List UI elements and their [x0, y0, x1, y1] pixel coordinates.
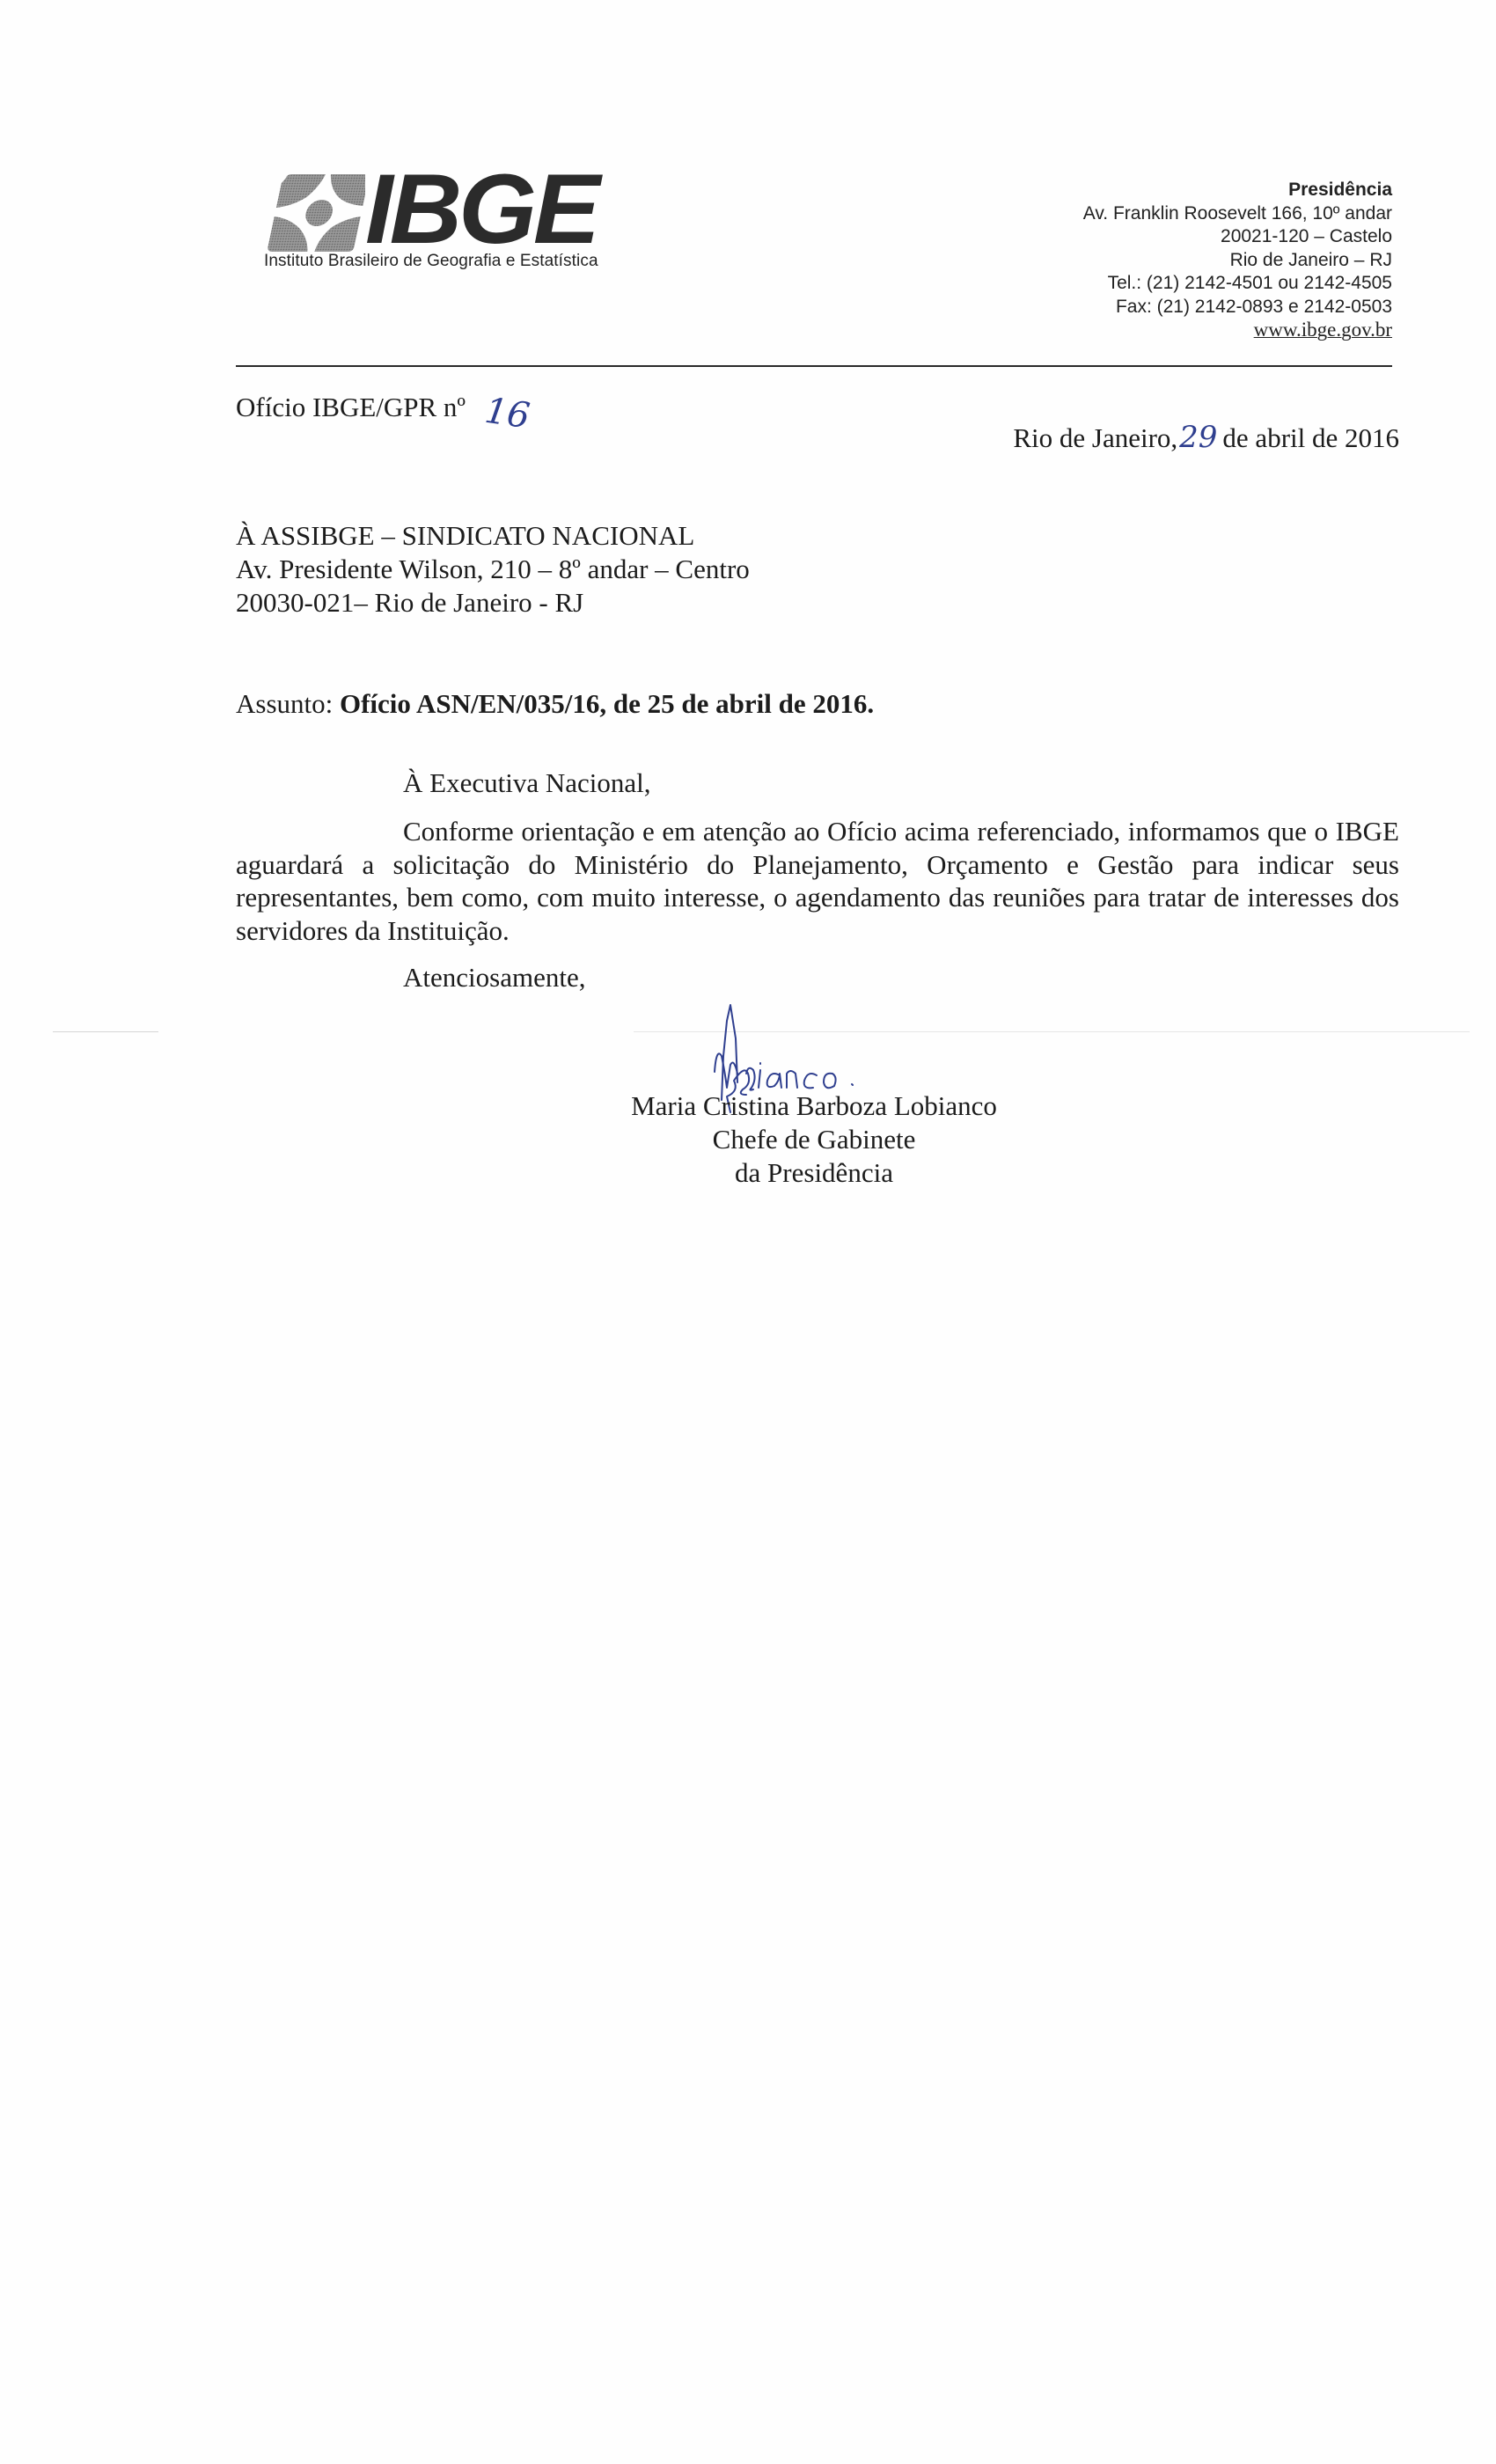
closing: Atenciosamente, [403, 964, 585, 991]
sender-address-block: Presidência Av. Franklin Roosevelt 166, … [1083, 179, 1392, 342]
fax-line: Fax: (21) 2142-0893 e 2142-0503 [1083, 296, 1392, 319]
document-reference: Ofício IBGE/GPR nº 16 [236, 387, 530, 422]
date-city: Rio de Janeiro, [1013, 422, 1177, 453]
subject-line: Assunto: Ofício ASN/EN/035/16, de 25 de … [236, 690, 874, 717]
addressee-name: À ASSIBGE – SINDICATO NACIONAL [236, 522, 694, 549]
phone-line: Tel.: (21) 2142-4501 ou 2142-4505 [1083, 272, 1392, 296]
department-name: Presidência [1083, 179, 1392, 202]
date-rest: de abril de 2016 [1222, 422, 1399, 453]
handwritten-day: 29 [1179, 420, 1217, 455]
signatory-title: Chefe de Gabinete [546, 1123, 1082, 1156]
letter-page: IBGE Instituto Brasileiro de Geografia e… [0, 0, 1496, 2464]
ibge-emblem-icon [264, 174, 365, 252]
signatory-name: Maria Cristina Barboza Lobianco [546, 1089, 1082, 1123]
scan-artifact [53, 1031, 158, 1032]
addressee-city: 20030-021– Rio de Janeiro - RJ [236, 589, 583, 616]
website-link[interactable]: www.ibge.gov.br [1083, 319, 1392, 342]
reference-label: Ofício IBGE/GPR nº [236, 392, 466, 422]
subject-text: Ofício ASN/EN/035/16, de 25 de abril de … [340, 688, 874, 719]
institution-name: Instituto Brasileiro de Geografia e Esta… [264, 252, 598, 271]
address-line: Av. Franklin Roosevelt 166, 10º andar [1083, 202, 1392, 226]
signatory-unit: da Presidência [546, 1156, 1082, 1190]
signatory-block: Maria Cristina Barboza Lobianco Chefe de… [546, 1089, 1082, 1190]
date-line: Rio de Janeiro,29de abril de 2016 [1013, 422, 1399, 452]
subject-label: Assunto: [236, 688, 333, 719]
body-paragraph: Conforme orientação e em atenção ao Ofíc… [236, 815, 1399, 947]
address-line: Rio de Janeiro – RJ [1083, 249, 1392, 273]
handwritten-reference-number: 16 [482, 393, 532, 435]
address-line: 20021-120 – Castelo [1083, 225, 1392, 249]
addressee-street: Av. Presidente Wilson, 210 – 8º andar – … [236, 555, 750, 583]
salutation: À Executiva Nacional, [403, 769, 650, 796]
logo-wordmark: IBGE [365, 160, 597, 259]
header-divider [236, 365, 1392, 367]
ibge-logo: IBGE Instituto Brasileiro de Geografia e… [264, 172, 642, 269]
